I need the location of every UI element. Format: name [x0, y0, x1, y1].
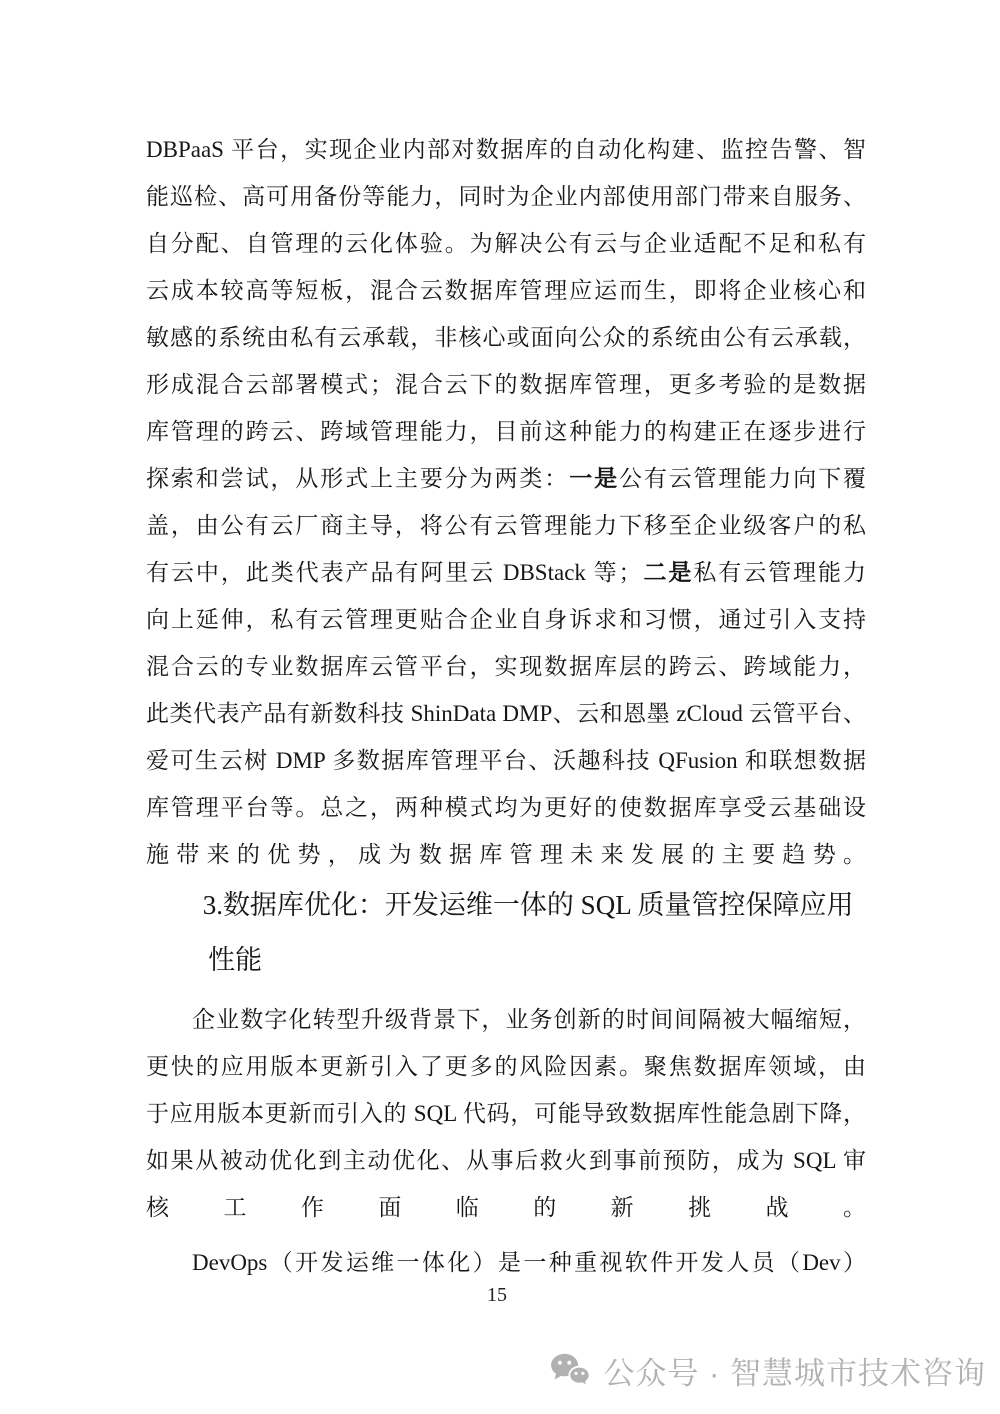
- text-segment: 此类代表产品有新数科技 ShinData DMP、云和恩墨 zCloud 云管平…: [146, 701, 866, 726]
- text-segment: 性能: [208, 945, 262, 975]
- text-line: 探索和尝试，从形式上主要分为两类：一是公有云管理能力向下覆: [146, 455, 866, 502]
- text-line: DBPaaS 平台，实现企业内部对数据库的自动化构建、监控告警、智: [146, 126, 866, 173]
- text-segment: 能巡检、高可用备份等能力，同时为企业内部使用部门带来自服务、: [146, 184, 866, 209]
- text-line: 库管理平台等。总之，两种模式均为更好的使数据库享受云基础设: [146, 784, 866, 831]
- paragraph-hybrid-cloud: DBPaaS 平台，实现企业内部对数据库的自动化构建、监控告警、智能巡检、高可用…: [146, 126, 866, 878]
- text-segment: 混合云的专业数据库云管平台，实现数据库层的跨云、跨域能力，: [146, 654, 866, 679]
- text-segment: 如果从被动优化到主动优化、从事后救火到事前预防，成为 SQL 审: [146, 1148, 866, 1173]
- text-line: 盖，由公有云厂商主导，将公有云管理能力下移至企业级客户的私: [146, 502, 866, 549]
- text-segment: 向上延伸，私有云管理更贴合企业自身诉求和习惯，通过引入支持: [146, 607, 866, 632]
- text-segment: 3.数据库优化：开发运维一体的 SQL 质量管控保障应用: [203, 890, 854, 920]
- text-segment: DevOps（开发运维一体化）是一种重视软件开发人员（Dev）: [192, 1250, 866, 1275]
- text-line: 混合云的专业数据库云管平台，实现数据库层的跨云、跨域能力，: [146, 643, 866, 690]
- watermark-text: 公众号 · 智慧城市技术咨询: [603, 1348, 986, 1393]
- heading-database-optimization: 3.数据库优化：开发运维一体的 SQL 质量管控保障应用性能: [146, 878, 866, 988]
- text-segment: 库管理的跨云、跨域管理能力，目前这种能力的构建正在逐步进行: [146, 419, 866, 444]
- text-segment: 自分配、自管理的云化体验。为解决公有云与企业适配不足和私有: [146, 231, 866, 256]
- text-line: 能巡检、高可用备份等能力，同时为企业内部使用部门带来自服务、: [146, 173, 866, 220]
- wechat-icon: [550, 1353, 590, 1389]
- text-segment: 企业数字化转型升级背景下，业务创新的时间间隔被大幅缩短，: [192, 1007, 866, 1032]
- text-line: 向上延伸，私有云管理更贴合企业自身诉求和习惯，通过引入支持: [146, 596, 866, 643]
- wechat-watermark: 公众号 · 智慧城市技术咨询: [550, 1348, 986, 1393]
- text-line: 库管理的跨云、跨域管理能力，目前这种能力的构建正在逐步进行: [146, 408, 866, 455]
- document-body: DBPaaS 平台，实现企业内部对数据库的自动化构建、监控告警、智能巡检、高可用…: [146, 126, 866, 1286]
- emphasis-text: 一是: [569, 465, 619, 491]
- text-line: 如果从被动优化到主动优化、从事后救火到事前预防，成为 SQL 审: [146, 1137, 866, 1184]
- paragraph-sql-risk: 企业数字化转型升级背景下，业务创新的时间间隔被大幅缩短，更快的应用版本更新引入了…: [146, 996, 866, 1231]
- text-line: 爱可生云树 DMP 多数据库管理平台、沃趣科技 QFusion 和联想数据: [146, 737, 866, 784]
- text-segment: 云成本较高等短板，混合云数据库管理应运而生，即将企业核心和: [146, 278, 866, 303]
- paragraph-devops: DevOps（开发运维一体化）是一种重视软件开发人员（Dev）: [146, 1239, 866, 1286]
- text-segment: 形成混合云部署模式；混合云下的数据库管理，更多考验的是数据: [146, 372, 866, 397]
- text-segment: 爱可生云树 DMP 多数据库管理平台、沃趣科技 QFusion 和联想数据: [146, 748, 866, 773]
- text-segment: 私有云管理能力: [693, 560, 866, 585]
- text-line: 3.数据库优化：开发运维一体的 SQL 质量管控保障应用: [146, 878, 866, 933]
- text-line: 性能: [146, 933, 866, 988]
- text-segment: DBPaaS 平台，实现企业内部对数据库的自动化构建、监控告警、智: [146, 137, 866, 162]
- text-segment: 敏感的系统由私有云承载，非核心或面向公众的系统由公有云承载，: [146, 325, 866, 350]
- emphasis-text: 二是: [642, 559, 694, 585]
- text-segment: 探索和尝试，从形式上主要分为两类：: [146, 466, 569, 491]
- text-line: 形成混合云部署模式；混合云下的数据库管理，更多考验的是数据: [146, 361, 866, 408]
- text-segment: 盖，由公有云厂商主导，将公有云管理能力下移至企业级客户的私: [146, 513, 866, 538]
- text-segment: 库管理平台等。总之，两种模式均为更好的使数据库享受云基础设: [146, 795, 866, 820]
- page-number: 15: [0, 1284, 994, 1307]
- text-segment: 于应用版本更新而引入的 SQL 代码，可能导致数据库性能急剧下降，: [146, 1101, 866, 1126]
- text-segment: 有云中，此类代表产品有阿里云 DBStack 等；: [146, 560, 642, 585]
- text-line: 核工作面临的新挑战。: [146, 1184, 866, 1231]
- text-segment: 施带来的优势，成为数据库管理未来发展的主要趋势。: [146, 842, 866, 867]
- text-line: 更快的应用版本更新引入了更多的风险因素。聚焦数据库领域，由: [146, 1043, 866, 1090]
- document-page: DBPaaS 平台，实现企业内部对数据库的自动化构建、监控告警、智能巡检、高可用…: [0, 0, 1000, 1414]
- text-line: 此类代表产品有新数科技 ShinData DMP、云和恩墨 zCloud 云管平…: [146, 690, 866, 737]
- text-line: 企业数字化转型升级背景下，业务创新的时间间隔被大幅缩短，: [146, 996, 866, 1043]
- text-line: 施带来的优势，成为数据库管理未来发展的主要趋势。: [146, 831, 866, 878]
- text-line: 有云中，此类代表产品有阿里云 DBStack 等；二是私有云管理能力: [146, 549, 866, 596]
- text-line: 自分配、自管理的云化体验。为解决公有云与企业适配不足和私有: [146, 220, 866, 267]
- text-line: 于应用版本更新而引入的 SQL 代码，可能导致数据库性能急剧下降，: [146, 1090, 866, 1137]
- text-segment: 公有云管理能力向下覆: [619, 466, 866, 491]
- text-line: 敏感的系统由私有云承载，非核心或面向公众的系统由公有云承载，: [146, 314, 866, 361]
- text-segment: 更快的应用版本更新引入了更多的风险因素。聚焦数据库领域，由: [146, 1054, 866, 1079]
- text-segment: 核工作面临的新挑战。: [146, 1195, 866, 1220]
- text-line: DevOps（开发运维一体化）是一种重视软件开发人员（Dev）: [146, 1239, 866, 1286]
- text-line: 云成本较高等短板，混合云数据库管理应运而生，即将企业核心和: [146, 267, 866, 314]
